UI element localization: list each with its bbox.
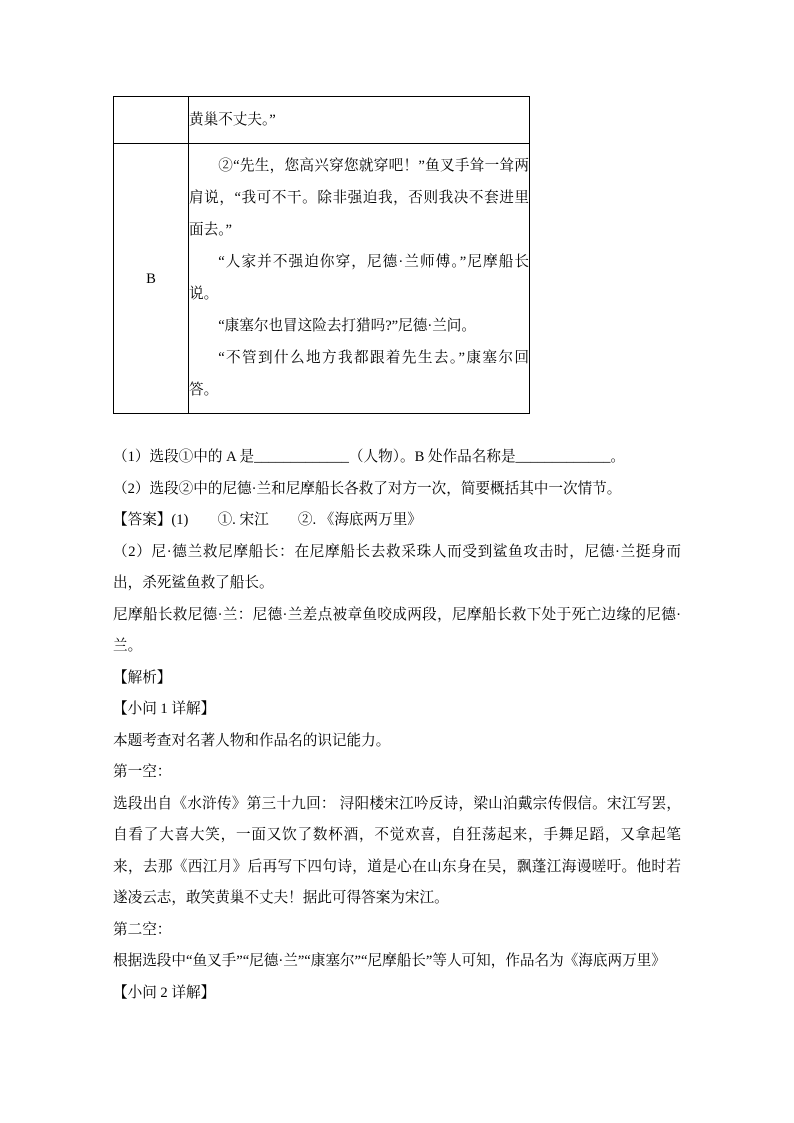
excerpt-b-paragraph-2: “人家并不强迫你穿，尼德·兰师傅。”尼摩船长说。 <box>189 246 529 310</box>
row-b-text-cell: ②“先生，您高兴穿您就穿吧！”鱼叉手耸一耸两肩说，“我可不干。除非强迫我，否则我… <box>189 144 530 414</box>
excerpt-b-paragraph-4: “不管到什么地方我都跟着先生去。”康塞尔回答。 <box>189 342 529 406</box>
subquestion-2-label: 【小问 2 详解】 <box>113 978 681 1010</box>
answer-line-1: 【答案】(1) ①. 宋江 ②. 《海底两万里》 <box>113 505 681 537</box>
row-a-label-cell <box>114 97 189 144</box>
question-answer-section: （1）选段①中的 A 是_____________（人物）。B 处作品名称是__… <box>113 442 681 1009</box>
question-1: （1）选段①中的 A 是_____________（人物）。B 处作品名称是__… <box>113 442 681 474</box>
excerpt-b-paragraph-1: ②“先生，您高兴穿您就穿吧！”鱼叉手耸一耸两肩说，“我可不干。除非强迫我，否则我… <box>189 150 529 246</box>
answer-2-part-2: 尼摩船长救尼德·兰：尼德·兰差点被章鱼咬成两段，尼摩船长救下处于死亡边缘的尼德·… <box>113 600 681 663</box>
table-row-b: B ②“先生，您高兴穿您就穿吧！”鱼叉手耸一耸两肩说，“我可不干。除非强迫我，否… <box>114 144 530 414</box>
answer-2-part-1: （2）尼·德兰救尼摩船长：在尼摩船长去救采珠人而受到鲨鱼攻击时，尼德·兰挺身而出… <box>113 537 681 600</box>
analysis-q1-intro: 本题考查对名著人物和作品名的识记能力。 <box>113 726 681 758</box>
second-blank-label: 第二空： <box>113 915 681 947</box>
question-2: （2）选段②中的尼德·兰和尼摩船长各救了对方一次，简要概括其中一次情节。 <box>113 474 681 506</box>
first-blank-analysis: 选段出自《水浒传》第三十九回： 浔阳楼宋江吟反诗，梁山泊戴宗传假信。宋江写罢，自… <box>113 789 681 915</box>
table-row-a: 黄巢不丈夫。” <box>114 97 530 144</box>
excerpt-table: 黄巢不丈夫。” B ②“先生，您高兴穿您就穿吧！”鱼叉手耸一耸两肩说，“我可不干… <box>113 96 530 414</box>
row-b-label-cell: B <box>114 144 189 414</box>
first-blank-label: 第一空： <box>113 757 681 789</box>
second-blank-analysis: 根据选段中“鱼叉手”“尼德·兰”“康塞尔”“尼摩船长”等人可知，作品名为《海底两… <box>113 946 681 978</box>
excerpt-b-paragraph-3: “康塞尔也冒这险去打猎吗?”尼德·兰问。 <box>189 310 529 342</box>
excerpt-a-continuation: 黄巢不丈夫。” <box>189 104 529 136</box>
subquestion-1-label: 【小问 1 详解】 <box>113 694 681 726</box>
document-page: 黄巢不丈夫。” B ②“先生，您高兴穿您就穿吧！”鱼叉手耸一耸两肩说，“我可不干… <box>0 0 794 1123</box>
analysis-label: 【解析】 <box>113 663 681 695</box>
row-a-text-cell: 黄巢不丈夫。” <box>189 97 530 144</box>
page-content: 黄巢不丈夫。” B ②“先生，您高兴穿您就穿吧！”鱼叉手耸一耸两肩说，“我可不干… <box>113 96 681 1009</box>
